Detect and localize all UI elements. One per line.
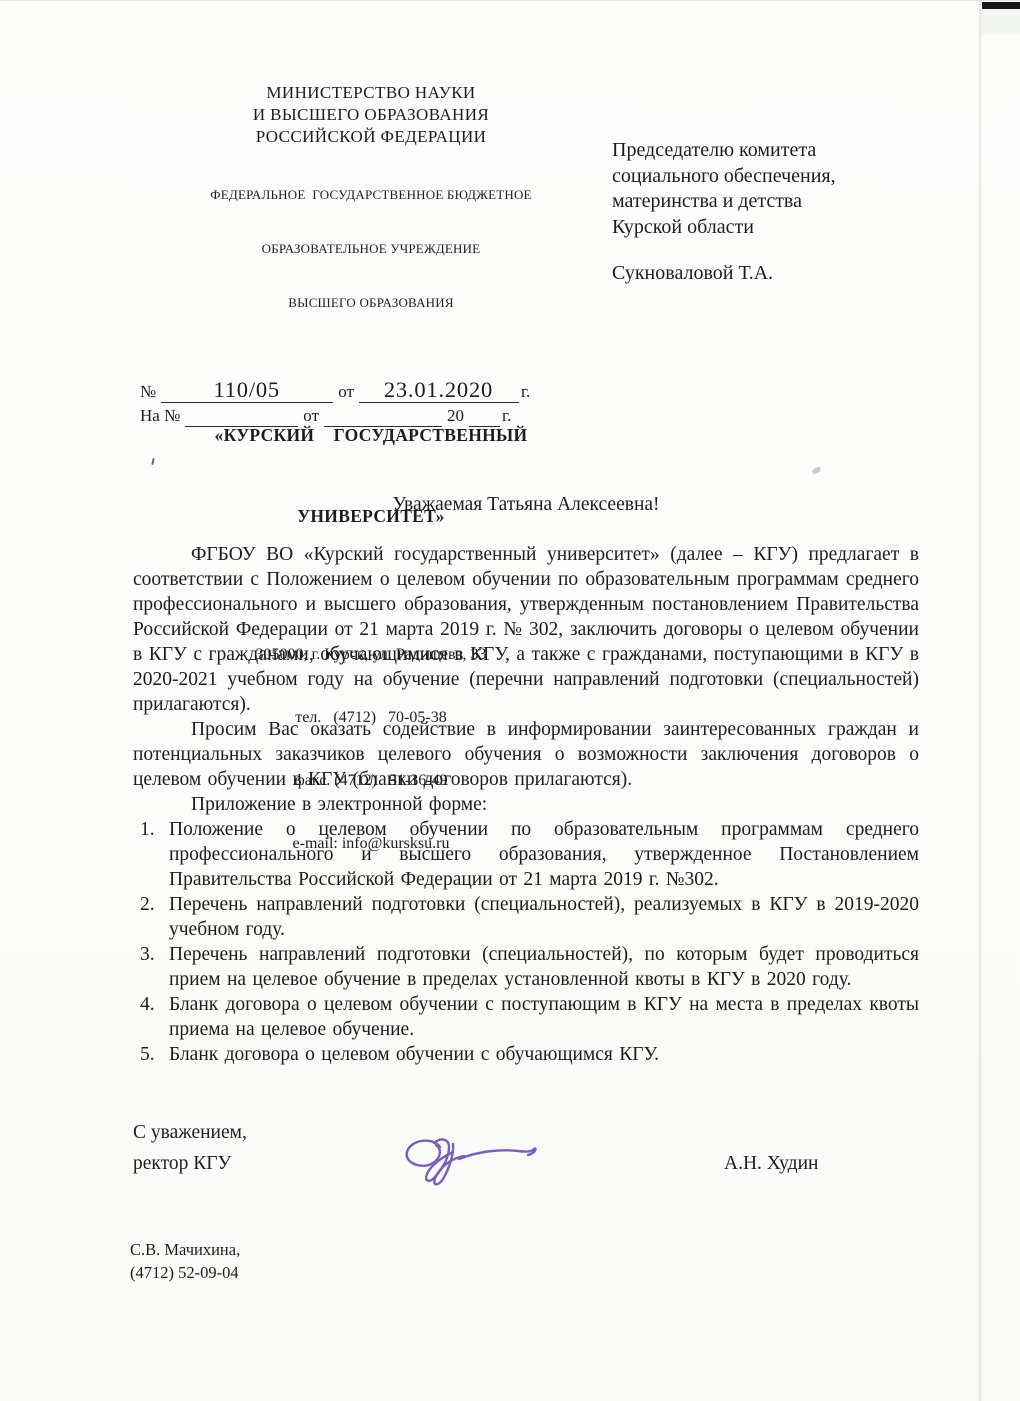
attachment-text: Бланк договора о целевом обучении с обуч… <box>169 1044 659 1065</box>
attachment-number: 3. <box>140 942 155 967</box>
signature-ink <box>396 1124 543 1198</box>
attachment-text: Перечень направлений подготовки (специал… <box>169 944 919 990</box>
outgoing-reference-row: № 110/05 от 23.01.2020 г. <box>140 379 700 403</box>
outgoing-date-label: от <box>338 382 354 402</box>
attachment-item: 3. Перечень направлений подготовки (спец… <box>133 942 919 992</box>
ministry-line: МИНИСТЕРСТВО НАУКИ <box>140 82 602 104</box>
reference-block: № 110/05 от 23.01.2020 г. На № от 20 г. <box>140 379 700 427</box>
attachment-text: Перечень направлений подготовки (специал… <box>169 894 919 940</box>
addressee-name: Сукноваловой Т.А. <box>612 261 922 287</box>
incoming-date-label: от <box>303 406 319 426</box>
closing-phrase: С уважением, <box>133 1117 247 1148</box>
institution-type-line: ВЫСШЕГО ОБРАЗОВАНИЯ <box>140 294 602 312</box>
signer-title: ректор КГУ <box>133 1148 247 1179</box>
addressee-line: Курской области <box>612 215 922 241</box>
addressee-line: Председателю комитета <box>612 138 922 164</box>
attachment-item: 4. Бланк договора о целевом обучении с п… <box>133 992 919 1042</box>
addressee-line: социального обеспечения, <box>612 164 922 190</box>
paragraph: ФГБОУ ВО «Курский государственный универ… <box>133 542 919 717</box>
addressee-block: Председателю комитета социального обеспе… <box>612 138 922 287</box>
institution-type-line: ФЕДЕРАЛЬНОЕ ГОСУДАРСТВЕННОЕ БЮДЖЕТНОЕ <box>140 186 602 204</box>
attachment-text: Бланк договора о целевом обучении с пост… <box>169 994 919 1040</box>
closing-block: С уважением, ректор КГУ <box>133 1117 247 1179</box>
attachment-number: 1. <box>140 817 155 842</box>
outgoing-date-value: 23.01.2020 <box>384 377 493 402</box>
ministry-line: И ВЫСШЕГО ОБРАЗОВАНИЯ <box>140 104 602 126</box>
attachment-item: 2. Перечень направлений подготовки (спец… <box>133 892 919 942</box>
incoming-reference-row: На № от 20 г. <box>140 406 700 427</box>
attachment-number: 5. <box>140 1042 155 1067</box>
attachment-item: 5. Бланк договора о целевом обучении с о… <box>133 1042 919 1067</box>
attachment-item: 1. Положение о целевом обучении по образ… <box>133 817 919 892</box>
outgoing-number-field: 110/05 <box>161 379 333 403</box>
scan-speck <box>811 466 821 474</box>
incoming-number-label: На № <box>140 406 180 426</box>
attachments-intro: Приложение в электронной форме: <box>133 792 919 817</box>
scanned-letter-page: МИНИСТЕРСТВО НАУКИ И ВЫСШЕГО ОБРАЗОВАНИЯ… <box>0 0 1020 1401</box>
scan-corner-artifact <box>982 2 1020 9</box>
scan-edge-top <box>0 0 1020 1</box>
attachment-number: 2. <box>140 892 155 917</box>
letter-body: Уважаемая Татьяна Алексеевна! ФГБОУ ВО «… <box>133 492 919 1067</box>
incoming-year-prefix: 20 <box>447 406 464 426</box>
attachment-number: 4. <box>140 992 155 1017</box>
incoming-year-suffix: г. <box>502 406 511 426</box>
institution-type-line: ОБРАЗОВАТЕЛЬНОЕ УЧРЕЖДЕНИЕ <box>140 240 602 258</box>
incoming-year-field <box>469 406 500 427</box>
incoming-date-field <box>324 406 442 427</box>
salutation: Уважаемая Татьяна Алексеевна! <box>133 492 919 517</box>
ministry-line: РОССИЙСКОЙ ФЕДЕРАЦИИ <box>140 126 602 148</box>
outgoing-number-value: 110/05 <box>214 377 280 402</box>
outgoing-year-suffix: г. <box>521 382 530 402</box>
executor-name: С.В. Мачихина, <box>130 1238 240 1261</box>
executor-contact: С.В. Мачихина, (4712) 52-09-04 <box>130 1238 240 1284</box>
outgoing-number-label: № <box>140 382 156 402</box>
incoming-number-field <box>185 406 298 427</box>
executor-phone: (4712) 52-09-04 <box>130 1261 240 1284</box>
scan-corner-tint <box>980 9 1020 35</box>
scan-edge-right <box>979 0 981 1401</box>
paragraph: Просим Вас оказать содействие в информир… <box>133 717 919 792</box>
institution-type: ФЕДЕРАЛЬНОЕ ГОСУДАРСТВЕННОЕ БЮДЖЕТНОЕ ОБ… <box>140 150 602 348</box>
addressee-line: материнства и детства <box>612 189 922 215</box>
attachment-text: Положение о целевом обучении по образова… <box>169 819 919 890</box>
signer-name: А.Н. Худин <box>724 1153 818 1175</box>
outgoing-date-field: 23.01.2020 <box>359 379 519 403</box>
ministry-name: МИНИСТЕРСТВО НАУКИ И ВЫСШЕГО ОБРАЗОВАНИЯ… <box>140 82 602 148</box>
